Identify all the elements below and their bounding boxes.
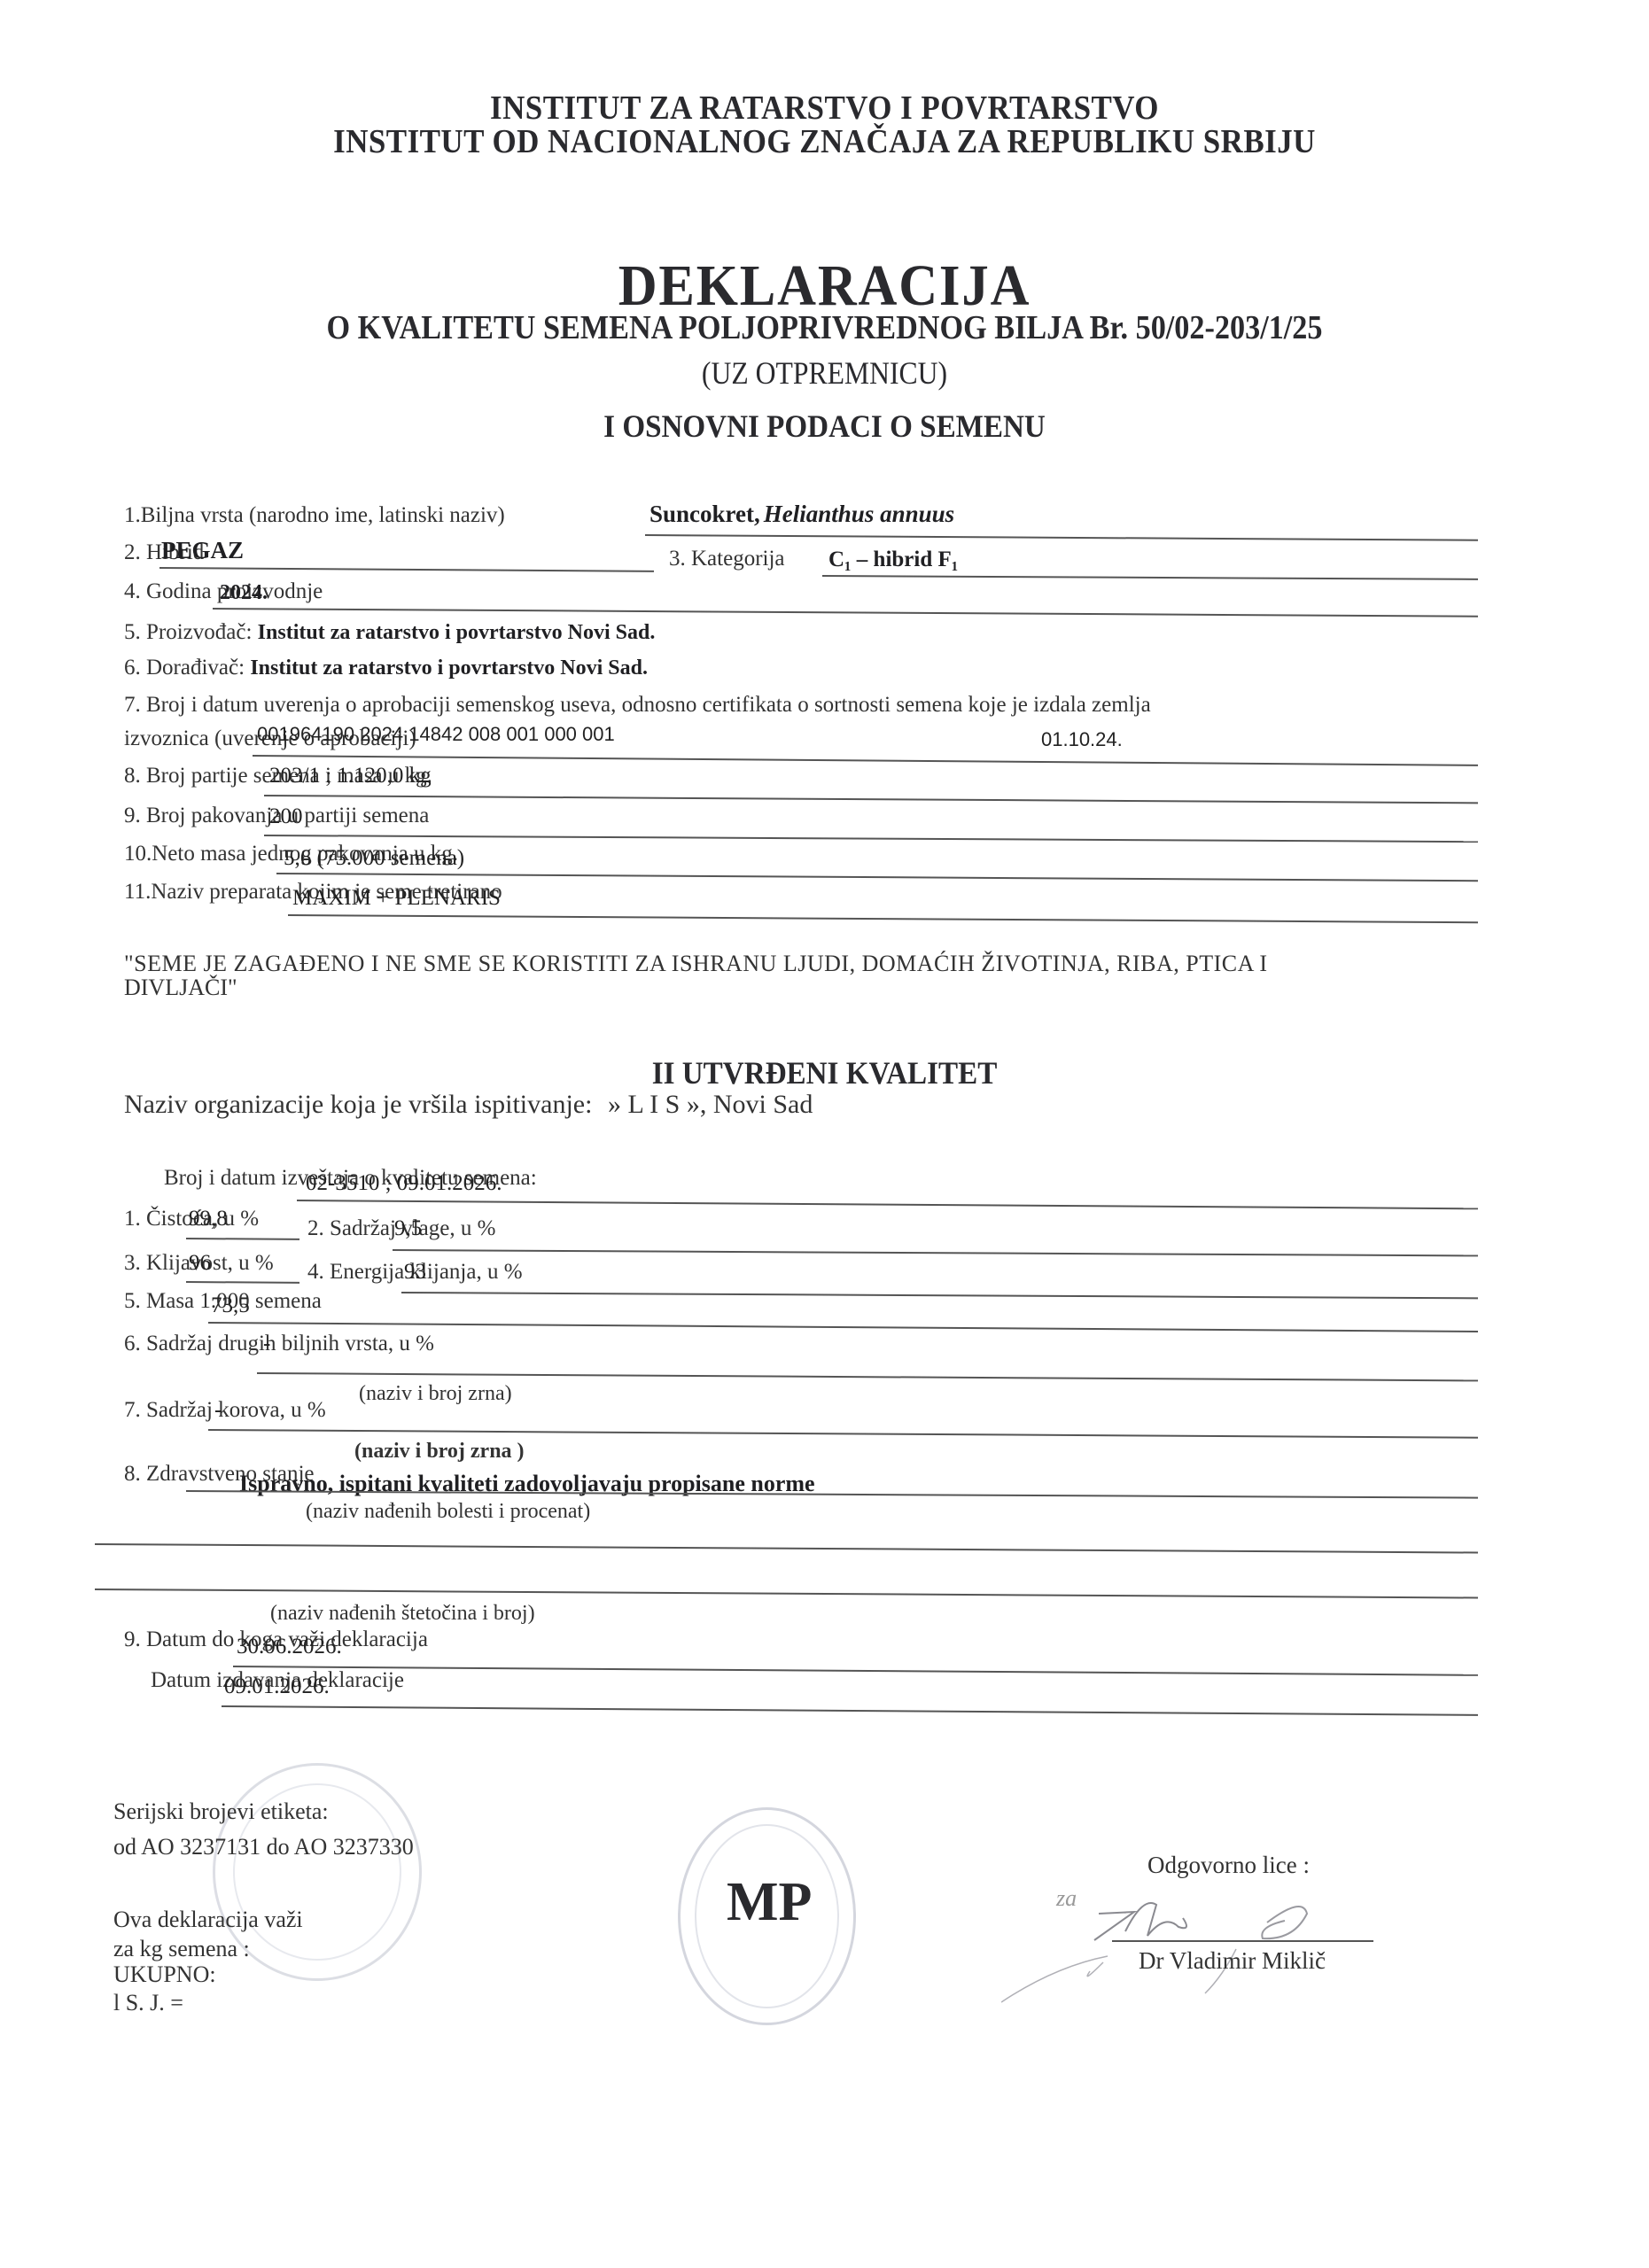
organization-row: Naziv organizacije koja je vršila ispiti… [124,1090,813,1120]
net-mass-value: 5,6 (75.000 semena) [284,846,464,871]
treatment-value: MAXIM + PLENARIS [292,886,501,911]
validity-line2: za kg semena : [113,1936,250,1962]
other-species-label: 6. Sadržaj drugih biljnih vrsta, u % [124,1332,434,1356]
organization-label: Naziv organizacije koja je vršila ispiti… [124,1090,592,1119]
weeds-label: 7. Sadržaj korova, u % [124,1398,326,1423]
report-value: 02-3510 ; 09.01.2026. [306,1171,502,1196]
category-value: C₁ – hibrid F₁ [828,548,958,572]
purity-underline [186,1238,299,1240]
issue-date-value: 09.01.2026. [224,1674,330,1699]
germination-value: 96 [189,1251,211,1276]
report-underline [297,1200,1478,1209]
other-species-hint: (naziv i broj zrna) [359,1382,512,1406]
moisture-value: 9,5 [394,1216,422,1241]
weeds-hint: (naziv i broj zrna ) [354,1440,525,1464]
processor-row: 6. Dorađivač: Institut za ratarstvo i po… [124,656,648,680]
processor-value: Institut za ratarstvo i povrtarstvo Novi… [250,656,648,680]
certificate-date: 01.10.24. [1041,728,1123,751]
certificate-underline [253,755,1478,766]
category-underline [822,575,1478,580]
year-underline [213,608,1478,617]
treatment-underline [288,914,1478,923]
species-value: Suncokret, Helianthus annuus [649,501,954,528]
hybrid-underline [159,567,654,572]
certificate-label-line1: 7. Broj i datum uverenja o aprobaciji se… [124,693,1151,718]
pests-hint: (naziv nađenih štetočina i broj) [270,1602,535,1626]
species-underline [645,534,1478,541]
germination-underline [186,1281,299,1284]
producer-label: 5. Proizvođač: [124,620,252,644]
lot-underline [264,795,1478,804]
weeds-underline [208,1429,1478,1439]
institute-status: INSTITUT OD NACIONALNOG ZNAČAJA ZA REPUB… [66,122,1583,161]
lot-value: 203/1 ; 1.120,0 kg [269,764,432,788]
producer-value: Institut za ratarstvo i povrtarstvo Novi… [258,621,656,644]
year-value: 2024. [220,581,268,605]
signatory-name: Dr Vladimir Miklič [1139,1947,1326,1975]
processor-label: 6. Dorađivač: [124,656,245,680]
document-note: (UZ OTPREMNICU) [99,354,1551,392]
weeds-value: - [214,1398,222,1423]
warning-line1: "SEME JE ZAGAĐENO I NE SME SE KORISTITI … [124,951,1268,977]
section-2-title: II UTVRĐENI KVALITET [66,1054,1583,1091]
serials-label: Serijski brojevi etiketa: [113,1798,329,1825]
certificate-number: 001964190 2024 14842 008 001 000 001 [257,723,615,746]
category-label: 3. Kategorija [669,547,785,571]
packages-value: 200 [269,804,303,829]
total-label: UKUPNO: [113,1961,216,1988]
serials-value: od AO 3237131 do AO 3237330 [113,1834,414,1860]
other-species-value: - [263,1332,270,1356]
species-latin: Helianthus annuus [764,501,954,527]
energy-value: 93 [404,1260,426,1285]
section-1-title: I OSNOVNI PODACI O SEMENU [66,408,1583,445]
producer-row: 5. Proizvođač: Institut za ratarstvo i p… [124,620,655,645]
valid-until-underline [233,1666,1478,1676]
hybrid-value: PEGAZ [161,537,244,564]
responsible-label: Odgovorno lice : [1147,1852,1310,1879]
health-hint: (naziv nađenih bolesti i procenat) [306,1500,590,1524]
validity-line1: Ova deklaracija važi [113,1907,303,1933]
stamp-mp-label: MP [727,1871,812,1934]
energy-underline [401,1292,1478,1299]
pests-line-1 [95,1543,1478,1554]
valid-until-value: 30.06.2026. [237,1635,342,1659]
sj-label: l S. J. = [113,1990,183,2016]
warning-line2: DIVLJAČI" [124,975,237,1001]
signature-line [1112,1940,1373,1942]
species-common: Suncokret, [649,501,760,527]
pests-line-2 [95,1588,1478,1599]
purity-value: 99,8 [189,1207,228,1231]
organization-value: » L I S », Novi Sad [608,1090,813,1119]
document-subtitle: O KVALITETU SEMENA POLJOPRIVREDNOG BILJA… [82,308,1567,347]
moisture-underline [393,1249,1478,1256]
mass1000-value: 73,5 [211,1293,250,1318]
issue-date-underline [222,1705,1478,1716]
species-label: 1.Biljna vrsta (narodno ime, latinski na… [124,503,505,528]
other-species-underline [257,1372,1478,1381]
